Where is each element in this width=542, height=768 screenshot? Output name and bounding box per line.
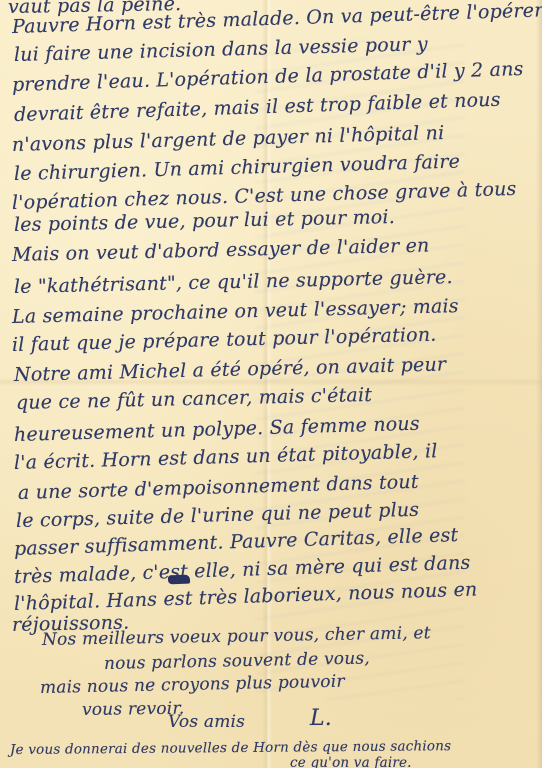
ink-blot [168, 575, 190, 585]
paper-edge-shadow [536, 0, 542, 768]
postscript-line: ce qu'on va faire. [290, 755, 412, 768]
signature-prefix: Vos amis [168, 712, 245, 732]
signature-initial: L. [310, 706, 332, 731]
letter-page: vaut pas la peine. Pauvre Horn est très … [0, 0, 542, 768]
